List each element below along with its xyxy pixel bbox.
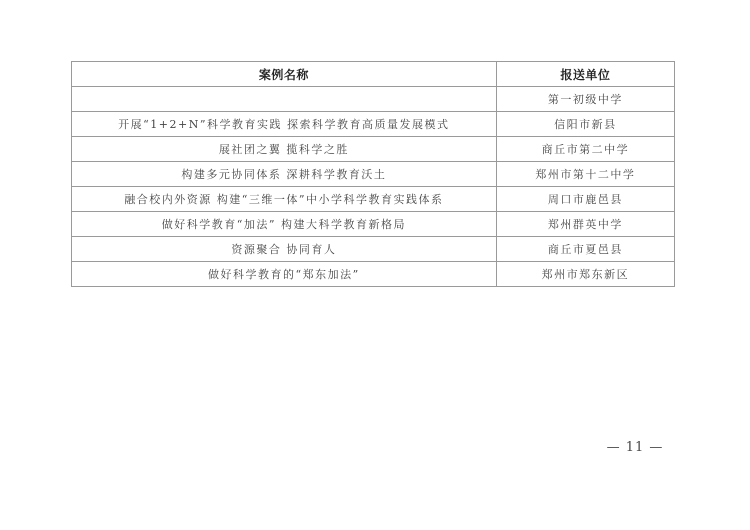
case-table: 案例名称 报送单位 第一初级中学 开展“1+2+N”科学教育实践 探索科学教育高… [71, 61, 675, 287]
case-name-cell: 展社团之翼 揽科学之胜 [72, 137, 497, 162]
unit-cell: 郑州市第十二中学 [496, 162, 674, 187]
table-row: 构建多元协同体系 深耕科学教育沃土 郑州市第十二中学 [72, 162, 675, 187]
case-name-cell: 融合校内外资源 构建“三维一体”中小学科学教育实践体系 [72, 187, 497, 212]
unit-cell: 第一初级中学 [496, 87, 674, 112]
unit-cell: 郑州市郑东新区 [496, 262, 674, 287]
case-name-cell: 开展“1+2+N”科学教育实践 探索科学教育高质量发展模式 [72, 112, 497, 137]
table-row: 展社团之翼 揽科学之胜 商丘市第二中学 [72, 137, 675, 162]
table-row: 做好科学教育的“郑东加法” 郑州市郑东新区 [72, 262, 675, 287]
case-name-cell: 资源聚合 协同育人 [72, 237, 497, 262]
table-row: 开展“1+2+N”科学教育实践 探索科学教育高质量发展模式 信阳市新县 [72, 112, 675, 137]
header-submitting-unit: 报送单位 [496, 62, 674, 87]
page-number: — 11 — [605, 440, 665, 455]
header-case-name: 案例名称 [72, 62, 497, 87]
table-row: 做好科学教育“加法” 构建大科学教育新格局 郑州群英中学 [72, 212, 675, 237]
table-row: 资源聚合 协同育人 商丘市夏邑县 [72, 237, 675, 262]
unit-cell: 信阳市新县 [496, 112, 674, 137]
unit-cell: 商丘市夏邑县 [496, 237, 674, 262]
table-row: 融合校内外资源 构建“三维一体”中小学科学教育实践体系 周口市鹿邑县 [72, 187, 675, 212]
case-name-cell: 做好科学教育“加法” 构建大科学教育新格局 [72, 212, 497, 237]
unit-cell: 郑州群英中学 [496, 212, 674, 237]
case-name-cell [72, 87, 497, 112]
table-row: 第一初级中学 [72, 87, 675, 112]
unit-cell: 商丘市第二中学 [496, 137, 674, 162]
table-header-row: 案例名称 报送单位 [72, 62, 675, 87]
case-name-cell: 做好科学教育的“郑东加法” [72, 262, 497, 287]
case-name-cell: 构建多元协同体系 深耕科学教育沃土 [72, 162, 497, 187]
unit-cell: 周口市鹿邑县 [496, 187, 674, 212]
